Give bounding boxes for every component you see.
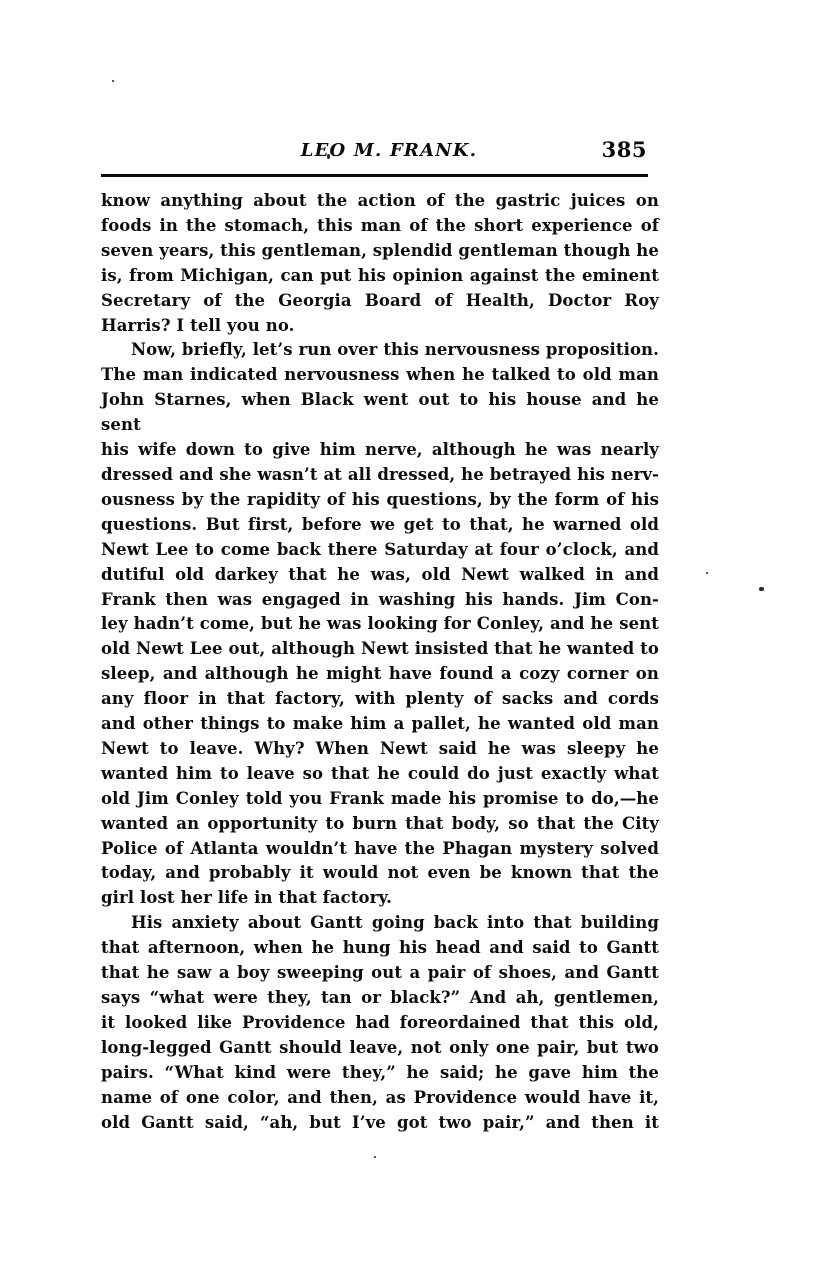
text-line: old Newt Lee out, although Newt insisted…: [101, 637, 659, 662]
ink-speck: [374, 1156, 376, 1158]
text-line: His anxiety about Gantt going back into …: [101, 911, 659, 936]
text-line: any floor in that factory, with plenty o…: [101, 687, 659, 712]
text-line: Harris? I tell you no.: [101, 314, 659, 339]
text-line: says “what were they, tan or black?” And…: [101, 986, 659, 1011]
book-page: LEO M. FRANK. 385 know anything about th…: [0, 0, 836, 1284]
ink-speck: [327, 154, 330, 159]
text-line: and other things to make him a pallet, h…: [101, 712, 659, 737]
text-line: old Gantt said, “ah, but I’ve got two pa…: [101, 1111, 659, 1136]
text-line: that afternoon, when he hung his head an…: [101, 936, 659, 961]
text-line: it looked like Providence had foreordain…: [101, 1011, 659, 1036]
text-line: today, and probably it would not even be…: [101, 861, 659, 886]
text-line: pairs. “What kind were they,” he said; h…: [101, 1061, 659, 1086]
text-line: dressed and she wasn’t at all dressed, h…: [101, 463, 659, 488]
text-line: Newt to leave. Why? When Newt said he wa…: [101, 737, 659, 762]
text-line: is, from Michigan, can put his opinion a…: [101, 264, 659, 289]
header-rule: [101, 174, 648, 177]
text-line: dutiful old darkey that he was, old Newt…: [101, 563, 659, 588]
text-line: Secretary of the Georgia Board of Health…: [101, 289, 659, 314]
text-line: girl lost her life in that factory.: [101, 886, 659, 911]
text-line: wanted an opportunity to burn that body,…: [101, 812, 659, 837]
text-line: foods in the stomach, this man of the sh…: [101, 214, 659, 239]
text-line: seven years, this gentleman, splendid ge…: [101, 239, 659, 264]
text-line: wanted him to leave so that he could do …: [101, 762, 659, 787]
text-line: Frank then was engaged in washing his ha…: [101, 588, 659, 613]
text-line: old Jim Conley told you Frank made his p…: [101, 787, 659, 812]
ink-speck: [706, 572, 708, 574]
text-line: that he saw a boy sweeping out a pair of…: [101, 961, 659, 986]
text-line: long-legged Gantt should leave, not only…: [101, 1036, 659, 1061]
body-text: know anything about the action of the ga…: [101, 189, 659, 1135]
text-line: know anything about the action of the ga…: [101, 189, 659, 214]
text-line: his wife down to give him nerve, althoug…: [101, 438, 659, 463]
text-line: ley hadn’t come, but he was looking for …: [101, 612, 659, 637]
text-line: ousness by the rapidity of his questions…: [101, 488, 659, 513]
ink-speck: [759, 587, 764, 591]
running-title: LEO M. FRANK.: [101, 140, 659, 161]
ink-speck: [112, 80, 114, 82]
text-line: sleep, and although he might have found …: [101, 662, 659, 687]
text-line: The man indicated nervousness when he ta…: [101, 363, 659, 388]
text-line: Newt Lee to come back there Saturday at …: [101, 538, 659, 563]
text-line: questions. But first, before we get to t…: [101, 513, 659, 538]
text-line: John Starnes, when Black went out to his…: [101, 388, 659, 438]
text-line: name of one color, and then, as Providen…: [101, 1086, 659, 1111]
text-line: Now, briefly, let’s run over this nervou…: [101, 338, 659, 363]
page-number: 385: [601, 137, 647, 162]
text-line: Police of Atlanta wouldn’t have the Phag…: [101, 837, 659, 862]
